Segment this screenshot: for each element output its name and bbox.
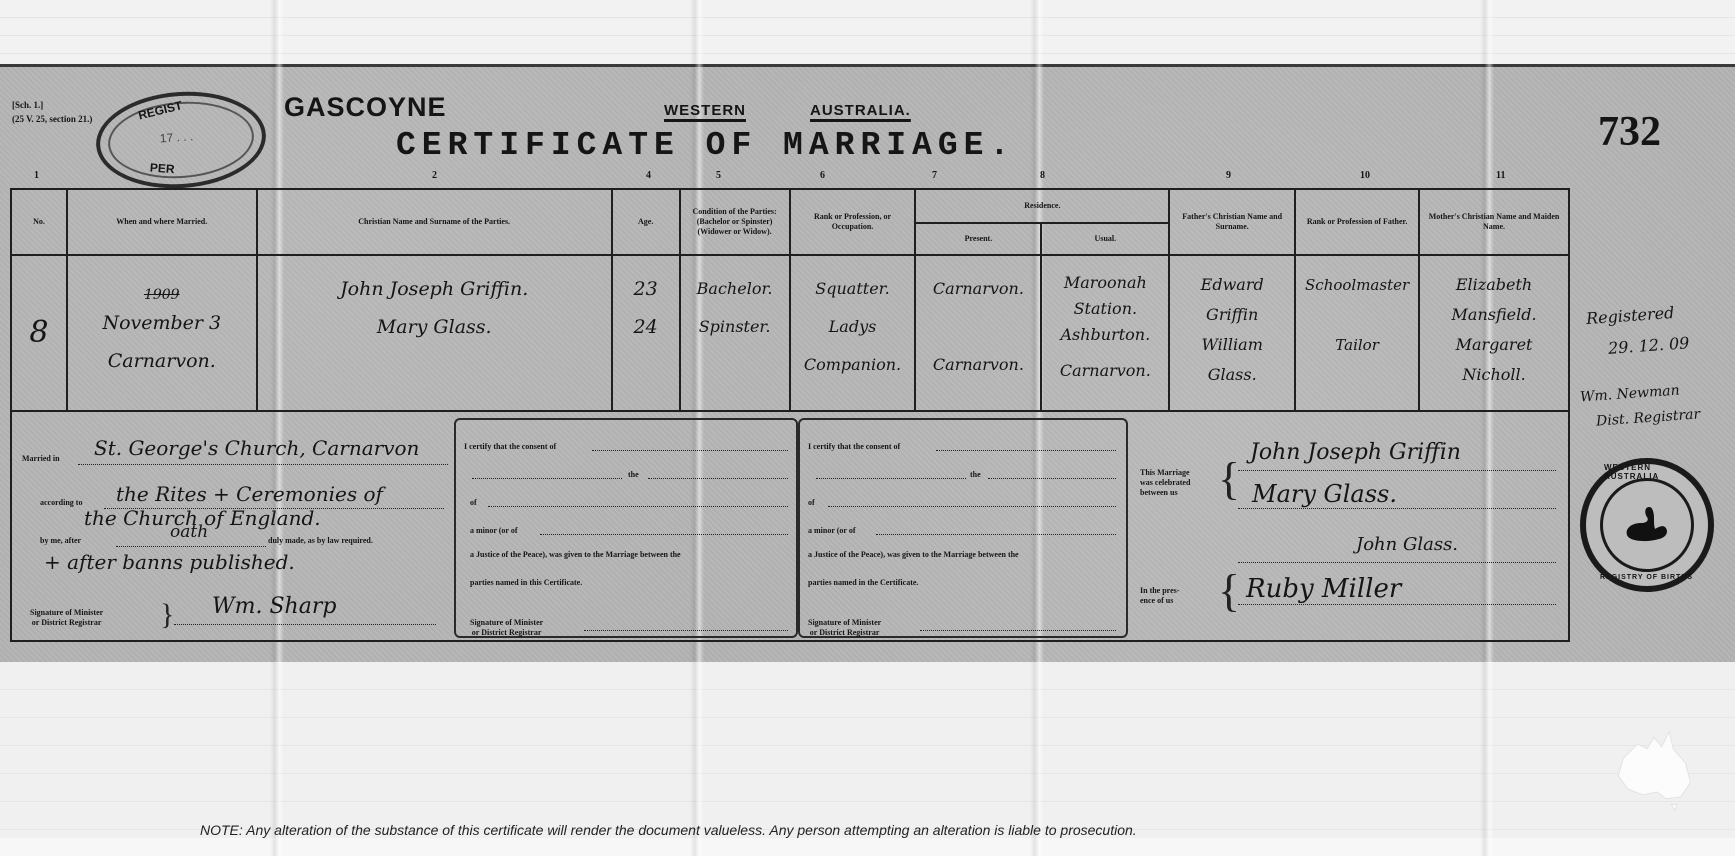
district-name: GASCOYNE (284, 92, 447, 123)
bride-mother: Margaret (1426, 330, 1562, 360)
brace-icon: { (1218, 456, 1240, 502)
alteration-note: NOTE: Any alteration of the substance of… (200, 822, 1137, 838)
entry-year: 1909 (74, 286, 250, 304)
by-me-value: oath (170, 522, 208, 542)
bride-father: Glass. (1176, 360, 1288, 390)
header-father-name: Father's Christian Name and Surname. (1169, 189, 1295, 255)
paper-edge (0, 838, 1735, 856)
header-rank: Rank or Profession, or Occupation. (790, 189, 916, 255)
groom-age: 23 (619, 270, 673, 308)
label-line: or District Registrar (810, 628, 880, 637)
stamp-text: 17 . . . (159, 129, 193, 145)
celebrated-label: This Marriage was celebrated between us (1140, 468, 1190, 498)
seal-text: REGISTRY OF BIRTHS (1600, 574, 1693, 581)
signatures-panel: This Marriage was celebrated between us … (1128, 418, 1572, 638)
bride-father: William (1176, 330, 1288, 360)
brace-icon: } (160, 592, 174, 638)
cell-father-rank: Schoolmaster Tailor (1295, 255, 1419, 411)
black-swan-icon (1619, 505, 1675, 545)
column-number: 2 (432, 170, 437, 181)
label-line: In the pres- (1140, 586, 1179, 595)
label-line: or District Registrar (472, 628, 542, 637)
according-label: according to (40, 498, 82, 508)
consent-line: a Justice of the Peace), was given to th… (808, 550, 1019, 560)
duly-made-label: duly made, as by law required. (268, 536, 373, 546)
married-in-panel: Married in St. George's Church, Carnarvo… (12, 418, 456, 638)
certificate-title: CERTIFICATE OF MARRIAGE. (396, 127, 1015, 164)
dotted-line (1238, 470, 1556, 471)
state-word-australia: AUSTRALIA. (810, 102, 911, 119)
bride-present-residence: Carnarvon. (922, 346, 1034, 384)
column-number: 9 (1226, 170, 1231, 181)
label-line: ence of us (1140, 596, 1173, 605)
brace-icon: { (1218, 568, 1240, 614)
dotted-line (1238, 508, 1556, 509)
married-in-value: St. George's Church, Carnarvon (94, 436, 419, 460)
label-line: or District Registrar (32, 618, 102, 627)
header-mother-name: Mother's Christian Name and Maiden Name. (1419, 189, 1569, 255)
minister-signature: Wm. Sharp (212, 594, 336, 619)
dotted-line (876, 534, 1116, 535)
dotted-line (116, 546, 266, 547)
cell-condition: Bachelor. Spinster. (680, 255, 790, 411)
column-number: 7 (932, 170, 937, 181)
table-row: 8 1909 November 3 Carnarvon. John Joseph… (11, 255, 1569, 411)
banns-value: + after banns published. (44, 550, 295, 574)
label-line: This Marriage (1140, 468, 1190, 477)
header-residence: Residence. (915, 189, 1169, 223)
by-me-label: by me, after (40, 536, 81, 546)
header-row: No. When and where Married. Christian Na… (11, 189, 1569, 223)
dotted-line (78, 464, 448, 465)
groom-usual-residence: Ashburton. (1048, 322, 1162, 348)
consent-line: I certify that the consent of (464, 442, 556, 452)
dotted-line (488, 506, 788, 507)
presence-label: In the pres- ence of us (1140, 586, 1179, 606)
header-residence-usual: Usual. (1041, 223, 1169, 255)
consent-line: parties named in the Certificate. (808, 578, 918, 588)
column-number: 8 (1040, 170, 1045, 181)
dotted-line (1238, 604, 1556, 605)
australia-map-icon (1604, 720, 1700, 816)
dotted-line (936, 450, 1116, 451)
cell-when-where: 1909 November 3 Carnarvon. (67, 255, 257, 411)
form-code-line: (25 V. 25, section 21.) (12, 112, 92, 126)
cell-rank: Squatter. Ladys Companion. (790, 255, 916, 411)
bride-condition: Spinster. (687, 308, 783, 346)
dotted-line (174, 624, 436, 625)
register-number: 732 (1598, 108, 1661, 156)
column-number: 1 (34, 170, 39, 181)
state-word-western: WESTERN (664, 102, 746, 119)
dotted-line (648, 478, 788, 479)
header-condition: Condition of the Parties: (Bachelor or S… (680, 189, 790, 255)
groom-father: Edward (1176, 270, 1288, 300)
dotted-line (828, 506, 1116, 507)
witness-signature: Ruby Miller (1246, 574, 1401, 604)
groom-present-residence: Carnarvon. (922, 270, 1034, 308)
groom-rank: Squatter. (797, 270, 909, 308)
signature-line (584, 630, 788, 631)
groom-usual-residence: Maroonah (1048, 270, 1162, 296)
column-number: 11 (1496, 170, 1505, 181)
consent-line: of (808, 498, 815, 508)
witness-signature: John Glass. (1356, 534, 1458, 555)
cell-residence-present: Carnarvon. Carnarvon. (915, 255, 1041, 411)
consent-line: the (970, 470, 981, 480)
cell-mother-name: Elizabeth Mansfield. Margaret Nicholl. (1419, 255, 1569, 411)
consent-signature-label: Signature of Minister or District Regist… (470, 618, 543, 638)
solemnisation-section: Married in St. George's Church, Carnarvo… (10, 410, 1570, 642)
registry-seal-icon: WESTERN AUSTRALIA REGISTRY OF BIRTHS (1580, 458, 1714, 592)
header-no: No. (11, 189, 67, 255)
column-number: 10 (1360, 170, 1370, 181)
groom-father-rank: Schoolmaster (1302, 270, 1412, 300)
label-line: Signature of Minister (470, 618, 543, 627)
header-residence-present: Present. (915, 223, 1041, 255)
label-line: Signature of Minister (30, 608, 103, 617)
bride-age: 24 (619, 308, 673, 346)
header-age: Age. (612, 189, 680, 255)
consent-panel: I certify that the consent of the of a m… (798, 418, 1128, 638)
label-line: Signature of Minister (808, 618, 881, 627)
bride-rank: Companion. (797, 346, 909, 384)
entry-date: November 3 (74, 304, 250, 342)
dotted-line (540, 534, 788, 535)
married-in-label: Married in (22, 454, 60, 464)
groom-mother: Mansfield. (1426, 300, 1562, 330)
consent-line: parties named in this Certificate. (470, 578, 582, 588)
minister-signature-label: Signature of Minister or District Regist… (30, 608, 103, 628)
consent-panel: I certify that the consent of the of a m… (454, 418, 798, 638)
bride-usual-residence: Carnarvon. (1048, 358, 1162, 384)
entry-place: Carnarvon. (74, 342, 250, 380)
consent-line: a minor (or of (808, 526, 855, 536)
consent-line: a minor (or of (470, 526, 517, 536)
form-code: [Sch. 1.] (25 V. 25, section 21.) (12, 98, 92, 126)
dotted-line (592, 450, 788, 451)
label-line: was celebrated (1140, 478, 1190, 487)
cell-names: John Joseph Griffin. Mary Glass. (257, 255, 612, 411)
stamp-text: PER (149, 161, 175, 177)
entry-number: 8 (11, 255, 67, 411)
form-code-line: [Sch. 1.] (12, 98, 92, 112)
cell-residence-usual: Maroonah Station. Ashburton. Carnarvon. (1041, 255, 1169, 411)
groom-condition: Bachelor. (687, 270, 783, 308)
groom-mother: Elizabeth (1426, 270, 1562, 300)
groom-usual-residence: Station. (1048, 296, 1162, 322)
column-number: 5 (716, 170, 721, 181)
bride-name: Mary Glass. (264, 308, 605, 346)
header-when-where: When and where Married. (67, 189, 257, 255)
consent-line: the (628, 470, 639, 480)
groom-father: Griffin (1176, 300, 1288, 330)
consent-signature-label: Signature of Minister or District Regist… (808, 618, 881, 638)
signature-line (920, 630, 1116, 631)
bride-signature: Mary Glass. (1252, 480, 1397, 508)
dotted-line (1238, 562, 1556, 563)
seal-inner-ring (1600, 478, 1694, 572)
header-names: Christian Name and Surname of the Partie… (257, 189, 612, 255)
according-value: the Rites + Ceremonies of (116, 482, 383, 506)
consent-line: I certify that the consent of (808, 442, 900, 452)
consent-line: of (470, 498, 477, 508)
column-number: 4 (646, 170, 651, 181)
bride-mother: Nicholl. (1426, 360, 1562, 390)
dotted-line (472, 478, 622, 479)
cell-father-name: Edward Griffin William Glass. (1169, 255, 1295, 411)
consent-line: a Justice of the Peace), was given to th… (470, 550, 681, 560)
marriage-register-table: No. When and where Married. Christian Na… (10, 188, 1570, 412)
label-line: between us (1140, 488, 1178, 497)
dotted-line (988, 478, 1116, 479)
column-number: 6 (820, 170, 825, 181)
ruled-paper-top (0, 0, 1735, 64)
groom-signature: John Joseph Griffin (1250, 440, 1461, 465)
bride-rank: Ladys (797, 308, 909, 346)
header-father-rank: Rank or Profession of Father. (1295, 189, 1419, 255)
cell-age: 23 24 (612, 255, 680, 411)
dotted-line (816, 478, 966, 479)
bride-father-rank: Tailor (1302, 330, 1412, 360)
groom-name: John Joseph Griffin. (264, 270, 605, 308)
